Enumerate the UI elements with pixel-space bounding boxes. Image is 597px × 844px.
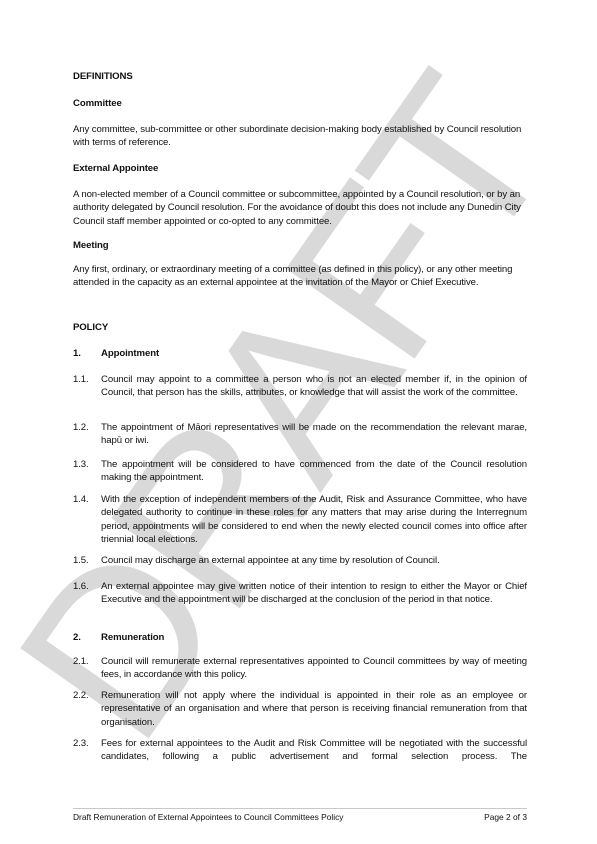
item-text: The appointment will be considered to ha… [101, 458, 527, 485]
item-number: 1.2. [73, 421, 101, 434]
policy-heading: POLICY [73, 321, 527, 334]
item-text: The appointment of Māori representatives… [101, 421, 527, 448]
item-number: 2.1. [73, 655, 101, 668]
footer-divider [73, 808, 527, 809]
item-text: Fees for external appointees to the Audi… [101, 737, 527, 764]
item-number: 1.5. [73, 554, 101, 567]
definition-committee: Any committee, sub-committee or other su… [73, 123, 527, 150]
item-text: Council may appoint to a committee a per… [101, 373, 527, 400]
footer-document-title: Draft Remuneration of External Appointee… [73, 812, 343, 823]
definition-external-appointee: A non-elected member of a Council commit… [73, 188, 527, 228]
section-title: Appointment [101, 347, 527, 360]
item-number: 1.4. [73, 493, 101, 506]
definitions-heading: DEFINITIONS [73, 70, 527, 83]
item-text: Remuneration will not apply where the in… [101, 689, 527, 729]
section-number: 2. [73, 631, 101, 644]
item-number: 1.6. [73, 580, 101, 593]
item-number: 2.2. [73, 689, 101, 702]
term-external-appointee: External Appointee [73, 162, 527, 175]
document-page: DRAFT DEFINITIONS Committee Any committe… [0, 0, 597, 844]
definition-meeting: Any first, ordinary, or extraordinary me… [73, 263, 527, 290]
term-committee: Committee [73, 97, 527, 110]
term-meeting: Meeting [73, 239, 527, 252]
item-text: Council will remunerate external represe… [101, 655, 527, 682]
footer-page-number: Page 2 of 3 [484, 812, 527, 823]
item-text: With the exception of independent member… [101, 493, 527, 547]
item-number: 1.1. [73, 373, 101, 386]
item-number: 1.3. [73, 458, 101, 471]
item-number: 2.3. [73, 737, 101, 750]
item-text: An external appointee may give written n… [101, 580, 527, 607]
item-text: Council may discharge an external appoin… [101, 554, 527, 567]
section-number: 1. [73, 347, 101, 360]
section-title: Remuneration [101, 631, 527, 644]
